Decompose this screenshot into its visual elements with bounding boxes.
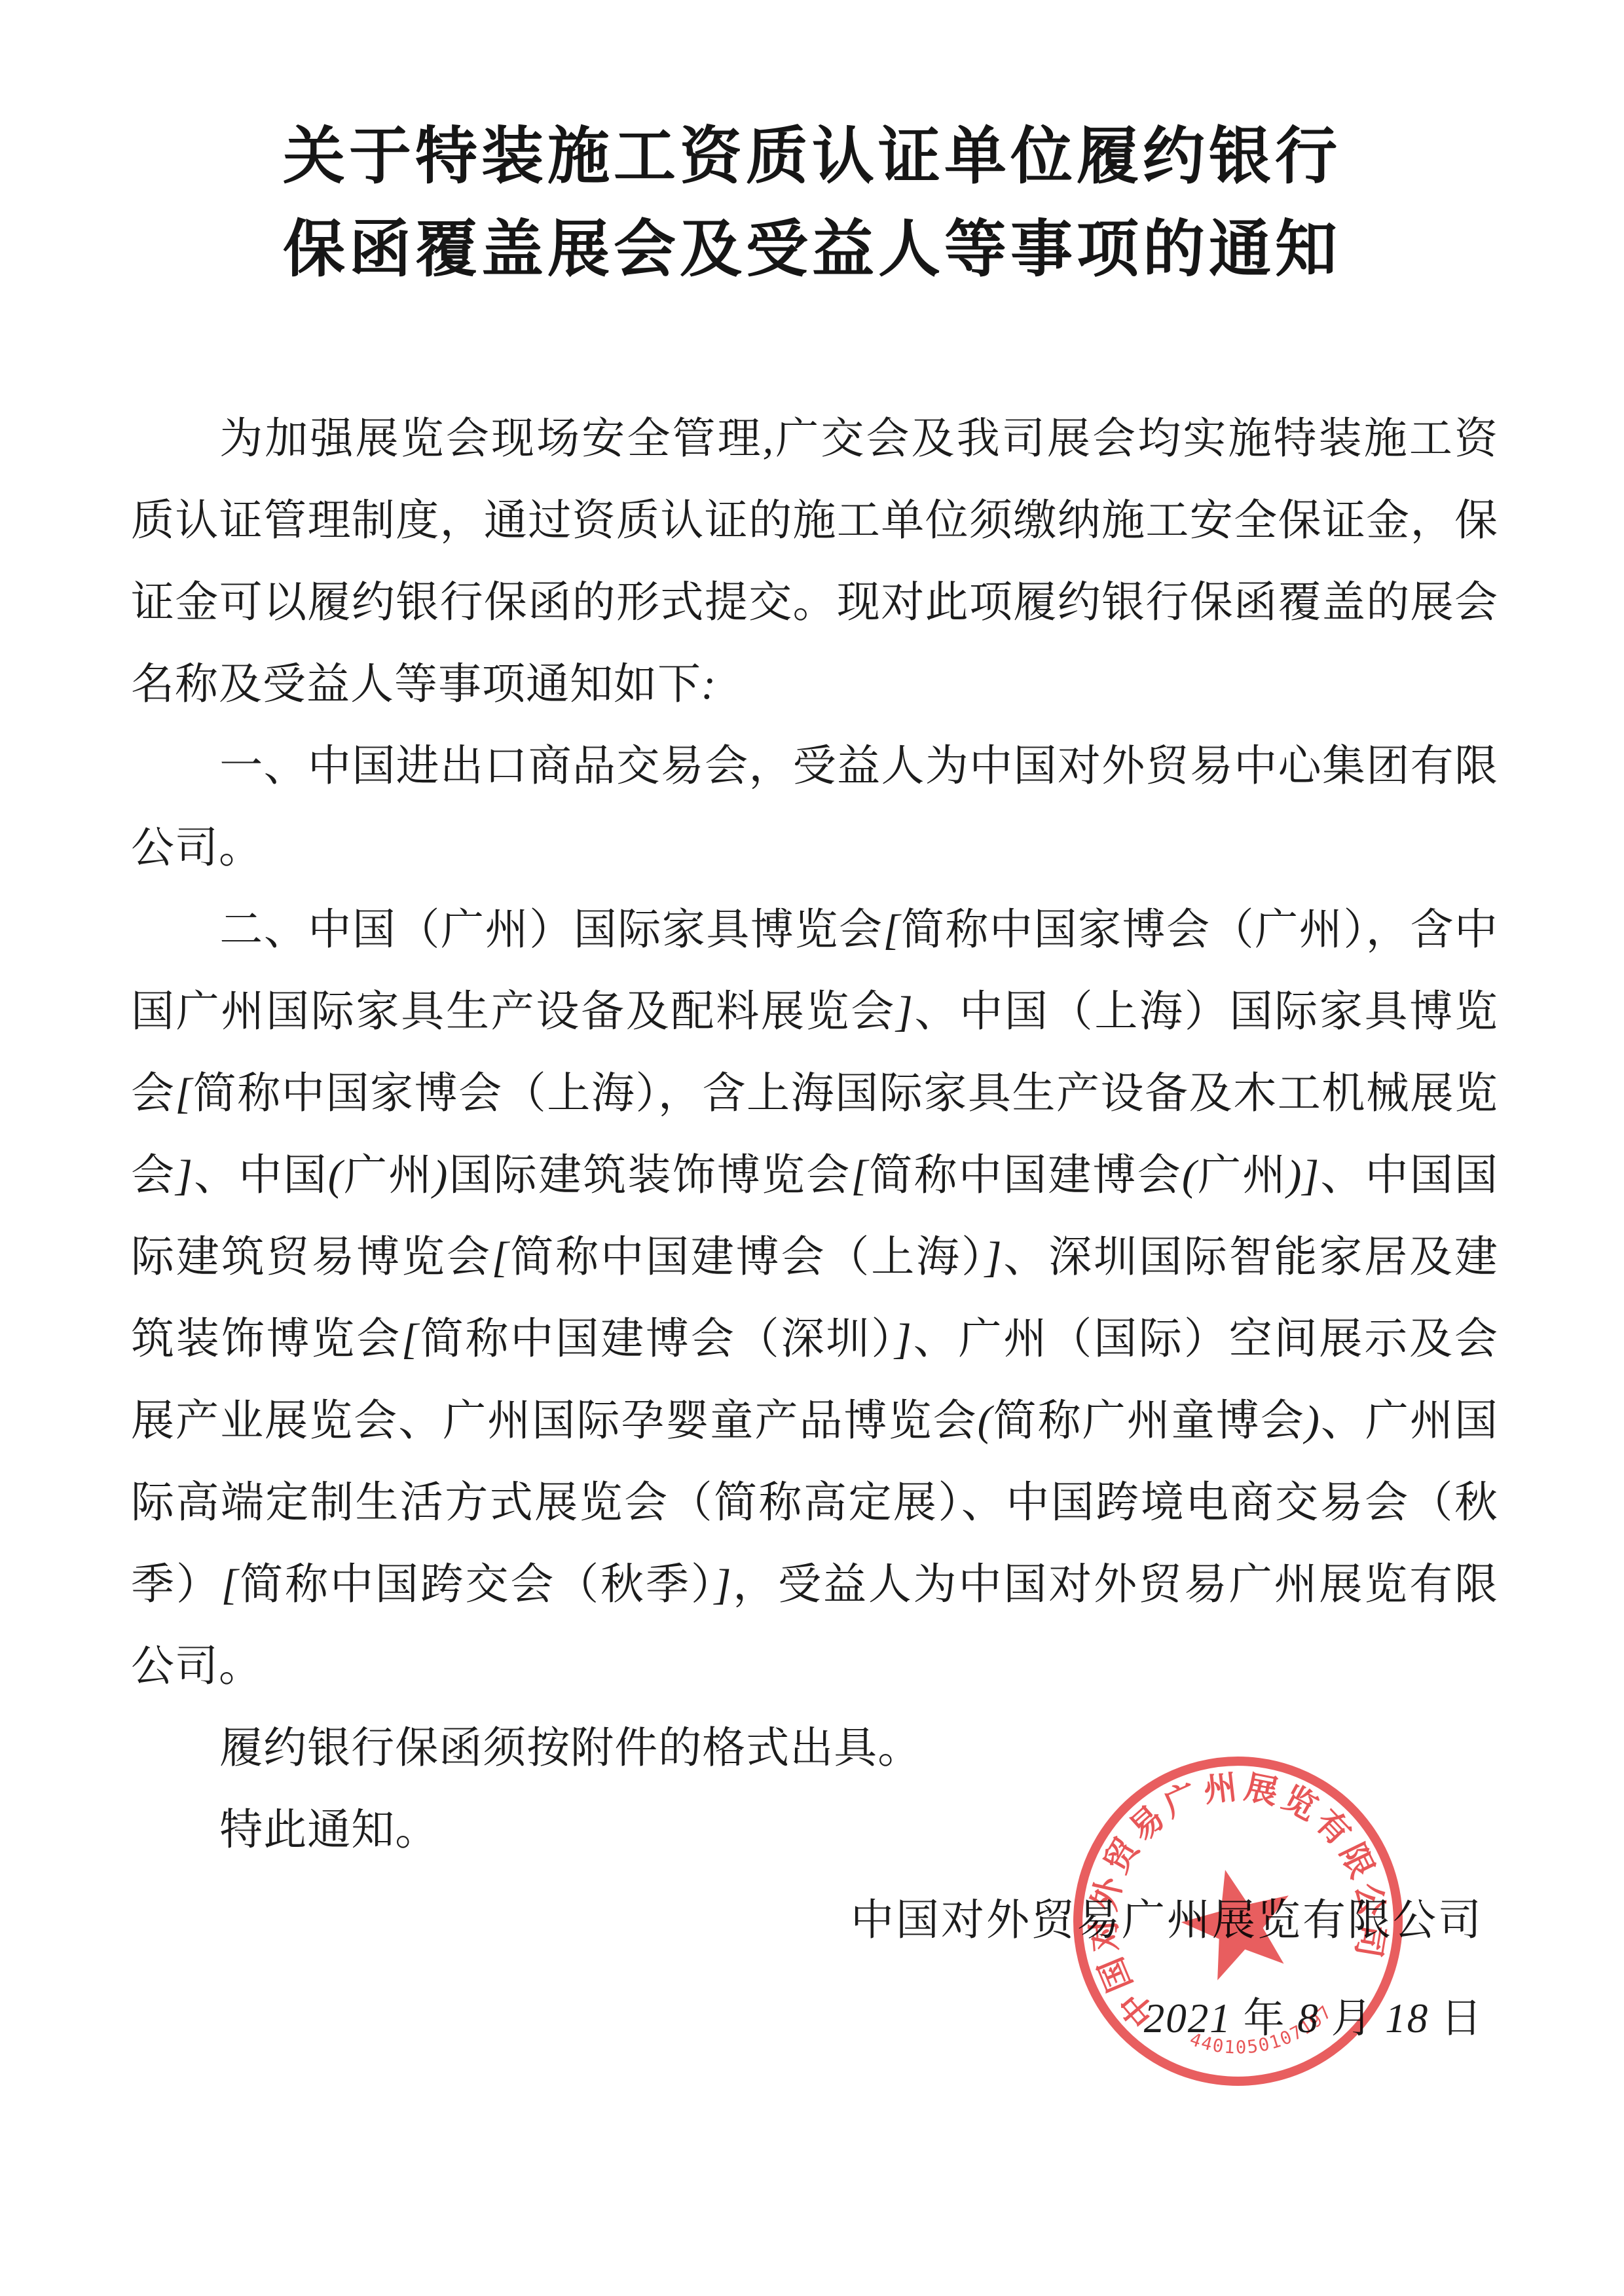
notice-document-page: 关于特装施工资质认证单位履约银行 保函覆盖展会及受益人等事项的通知 为加强展览会…	[0, 0, 1624, 2296]
notice-paragraph-closing: 特此通知。	[131, 1789, 1498, 1871]
doc-title: 关于特装施工资质认证单位履约银行 保函覆盖展会及受益人等事项的通知	[0, 110, 1624, 296]
signature-company: 中国对外贸易广州展览有限公司	[851, 1897, 1483, 1944]
notice-paragraph-intro: 为加强展览会现场安全管理,广交会及我司展会均实施特装施工资质认证管理制度，通过资…	[131, 398, 1498, 725]
doc-title-line2: 保函覆盖展会及受益人等事项的通知	[0, 203, 1624, 296]
signature-date: 2021 年 8 月 18 日	[851, 1995, 1483, 2041]
notice-body: 为加强展览会现场安全管理,广交会及我司展会均实施特装施工资质认证管理制度，通过资…	[131, 398, 1498, 1871]
doc-title-line1: 关于特装施工资质认证单位履约银行	[0, 110, 1624, 203]
signature-block: 中国对外贸易广州展览有限公司 2021 年 8 月 18 日	[851, 1897, 1483, 2041]
notice-paragraph-item1: 一、中国进出口商品交易会，受益人为中国对外贸易中心集团有限公司。	[131, 725, 1498, 889]
notice-paragraph-guarantee-format: 履约银行保函须按附件的格式出具。	[131, 1707, 1498, 1789]
notice-paragraph-item2: 二、中国（广州）国际家具博览会[简称中国家博会（广州），含中国广州国际家具生产设…	[131, 889, 1498, 1707]
